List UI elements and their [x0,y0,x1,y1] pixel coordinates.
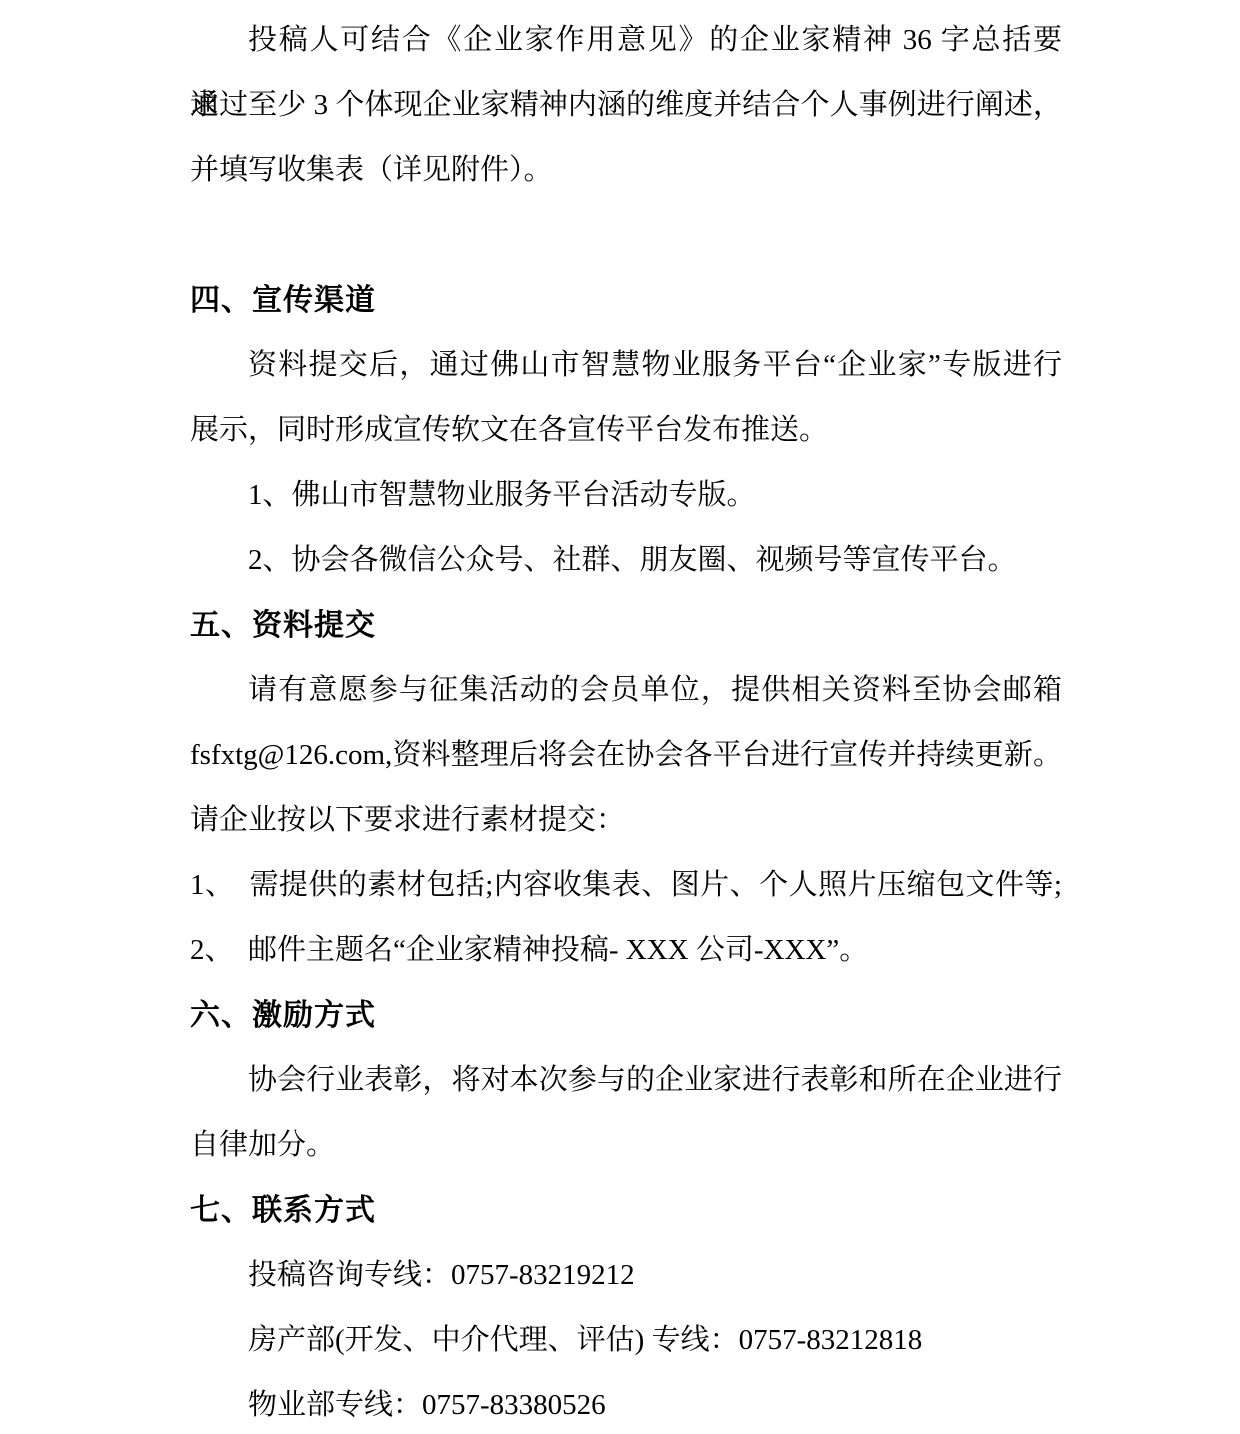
section4-line-1: 资料提交后，通过佛山市智慧物业服务平台“企业家”专版进行 [190,333,1062,398]
heading-material-submission: 五、资料提交 [190,593,1062,658]
section5-line-3: 请企业按以下要求进行素材提交： [190,788,1062,853]
contact-line-real-estate-hotline: 房产部(开发、中介代理、评估) 专线：0757-83212818 [190,1308,1062,1373]
contact-line-property-hotline: 物业部专线：0757-83380526 [190,1373,1062,1434]
section4-item-2: 2、协会各微信公众号、社群、朋友圈、视频号等宣传平台。 [190,528,1062,593]
heading-promotion-channels: 四、宣传渠道 [190,268,1062,333]
section4-item-1: 1、佛山市智慧物业服务平台活动专版。 [190,463,1062,528]
section6-line-2: 自律加分。 [190,1113,1062,1178]
contact-line-submission-hotline: 投稿咨询专线：0757-83219212 [190,1243,1062,1308]
document-page: 投稿人可结合《企业家作用意见》的企业家精神 36 字总括要求， 通过至少 3 个… [0,0,1240,1434]
section5-item-2: 2、 邮件主题名“企业家精神投稿- XXX 公司-XXX”。 [190,918,1062,983]
blank-line [190,203,1240,268]
section5-line-1: 请有意愿参与征集活动的会员单位，提供相关资料至协会邮箱 [190,658,1062,723]
intro-line-2: 通过至少 3 个体现企业家精神内涵的维度并结合个人事例进行阐述， [190,73,1062,138]
section4-line-2: 展示，同时形成宣传软文在各宣传平台发布推送。 [190,398,1062,463]
heading-incentive-method: 六、激励方式 [190,983,1062,1048]
section6-line-1: 协会行业表彰，将对本次参与的企业家进行表彰和所在企业进行 [190,1048,1062,1113]
section5-line-2-email: fsfxtg@126.com,资料整理后将会在协会各平台进行宣传并持续更新。 [190,723,1062,788]
intro-line-1: 投稿人可结合《企业家作用意见》的企业家精神 36 字总括要求， [190,8,1062,73]
section5-item-1: 1、 需提供的素材包括;内容收集表、图片、个人照片压缩包文件等; [190,853,1062,918]
intro-line-3: 并填写收集表（详见附件）。 [190,138,1062,203]
heading-contact-info: 七、联系方式 [190,1178,1062,1243]
